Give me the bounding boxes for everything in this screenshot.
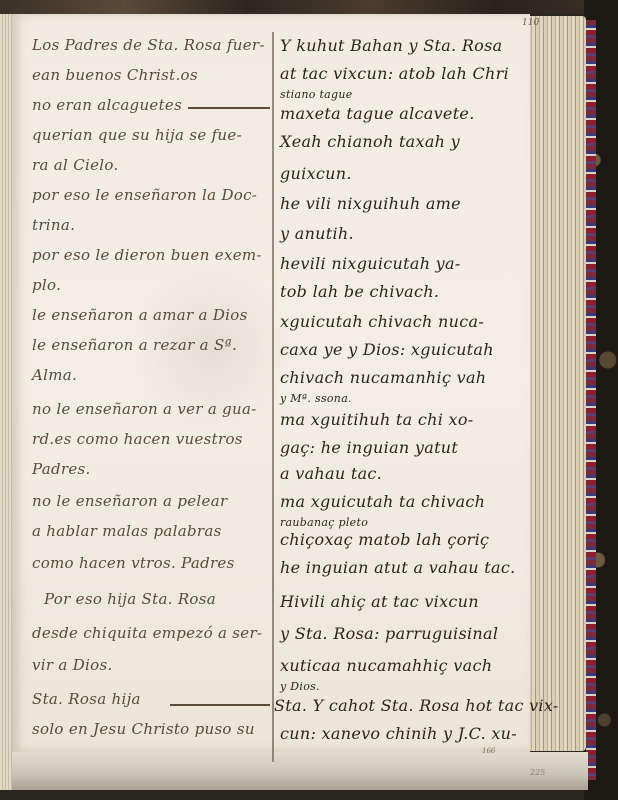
left-line: le enseñaron a rezar a Sª. <box>32 336 237 354</box>
left-line: a hablar malas palabras <box>32 522 222 540</box>
right-line: a vahau tac. <box>280 464 382 483</box>
right-line: y Dios. <box>280 680 320 693</box>
marbled-endpaper-edge <box>586 20 596 780</box>
left-line: ra al Cielo. <box>32 156 118 174</box>
manuscript-page: 110 Los Padres de Sta. Rosa fuer- ean bu… <box>12 14 530 752</box>
right-line: tob lah be chivach. <box>280 282 439 301</box>
right-line: Hivili ahiç at tac vixcun <box>280 592 479 611</box>
page-edges-bottom <box>0 752 588 790</box>
right-line: xuticaa nucamahhiç vach <box>280 656 492 675</box>
right-line: he vili nixguihuh ame <box>280 194 461 213</box>
page-edges-left <box>0 14 12 790</box>
right-line: at tac vixcun: atob lah Chri <box>280 64 509 83</box>
left-line: trina. <box>32 216 75 234</box>
right-line: Xeah chianoh taxah y <box>280 132 460 151</box>
book-cover-top <box>0 0 618 14</box>
folio-number: 110 <box>522 18 539 28</box>
right-line: Sta. Y cahot Sta. Rosa hot tac vix- <box>274 696 559 715</box>
right-line: hevili nixguicutah ya- <box>280 254 461 273</box>
left-line: no le enseñaron a ver a gua- <box>32 400 257 418</box>
right-line: stiano tague <box>280 88 353 101</box>
bracket-connector <box>170 704 270 706</box>
right-line: ma xguitihuh ta chi xo- <box>280 410 474 429</box>
left-line: Los Padres de Sta. Rosa fuer- <box>32 36 265 54</box>
left-line: querian que su hija se fue- <box>32 126 242 144</box>
right-line: cun: xanevo chinih y J.C. xu- <box>280 724 517 743</box>
left-line: por eso le dieron buen exem- <box>32 246 262 264</box>
right-line: gaç: he inguian yatut <box>280 438 458 457</box>
right-line: caxa ye y Dios: xguicutah <box>280 340 494 359</box>
catch-number: 166 <box>482 747 495 755</box>
left-line: no eran alcaguetes <box>32 96 182 114</box>
left-line: como hacen vtros. Padres <box>32 554 235 572</box>
right-line: maxeta tague alcavete. <box>280 104 475 123</box>
left-line: plo. <box>32 276 61 294</box>
right-line: ma xguicutah ta chivach <box>280 492 485 511</box>
left-line: desde chiquita empezó a ser- <box>32 624 262 642</box>
left-line: no le enseñaron a pelear <box>32 492 227 510</box>
right-line: y anutih. <box>280 224 354 243</box>
left-line: Por eso hija Sta. Rosa <box>44 590 216 608</box>
column-divider <box>272 32 274 762</box>
corner-number: 225 <box>530 768 545 777</box>
bracket-connector <box>188 107 270 109</box>
left-line: vir a Dios. <box>32 656 113 674</box>
right-line: Y kuhut Bahan y Sta. Rosa <box>280 36 502 55</box>
left-line: por eso le enseñaron la Doc- <box>32 186 257 204</box>
right-line: chivach nucamanhiç vah <box>280 368 486 387</box>
left-line: Padres. <box>32 460 91 478</box>
right-line: chiçoxaç matob lah çoriç <box>280 530 489 549</box>
left-line: Alma. <box>32 366 77 384</box>
right-line: y Sta. Rosa: parruguisinal <box>280 624 498 643</box>
right-line: y Mª. ssona. <box>280 392 352 405</box>
right-line: xguicutah chivach nuca- <box>280 312 484 331</box>
right-line: raubanaç pleto <box>280 516 368 529</box>
right-line: guixcun. <box>280 164 352 183</box>
left-line: solo en Jesu Christo puso su <box>32 720 255 738</box>
right-line: he inguian atut a vahau tac. <box>280 558 516 577</box>
left-line: ean buenos Christ.os <box>32 66 198 84</box>
left-line: le enseñaron a amar a Dios <box>32 306 248 324</box>
page-edges-right <box>528 16 586 751</box>
left-line: rd.es como hacen vuestros <box>32 430 243 448</box>
left-line: Sta. Rosa hija <box>32 690 141 708</box>
